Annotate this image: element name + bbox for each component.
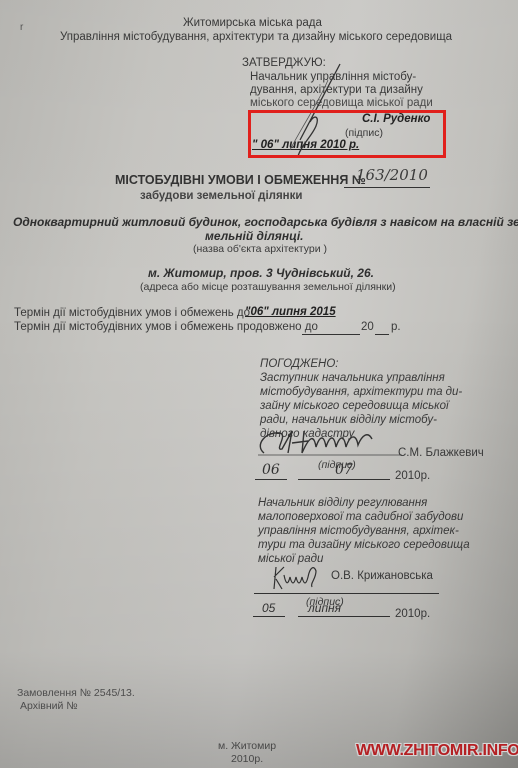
approval-position-line: дування, архітектури та дизайну <box>250 84 423 96</box>
agreed2-day-line <box>253 616 285 617</box>
corner-mark: r <box>20 22 23 33</box>
agreed2-position-line: тури та дизайну міського середовища <box>258 539 470 551</box>
agreed2-position-line: міської ради <box>258 553 323 565</box>
extended-suffix: р. <box>391 321 401 333</box>
agreed1-position-line: ради, начальник відділу містобу- <box>260 414 437 426</box>
agreed1-year: 2010р. <box>395 470 430 482</box>
archive-number: Архівний № <box>20 700 78 712</box>
object-name-line2: мельній ділянці. <box>205 229 303 243</box>
agreed1-day-line <box>255 479 287 480</box>
agreed1-position-line: дівного кадастру <box>260 428 354 440</box>
term-label: Термін дії містобудівних умов і обмежень… <box>14 307 250 319</box>
approval-position-line: міського середовища міської ради <box>250 97 433 109</box>
agreed2-signature-icon <box>270 563 330 593</box>
address-caption: (адреса або місце розташування земельної… <box>140 281 396 293</box>
extended-label: Термін дії містобудівних умов і обмежень… <box>14 321 318 333</box>
agreed2-name: О.В. Крижановська <box>331 570 433 582</box>
address: м. Житомир, пров. 3 Чуднівський, 26. <box>148 266 374 280</box>
approval-position-line: Начальник управління містобу- <box>250 71 416 83</box>
footer-city: м. Житомир <box>218 740 276 752</box>
agreed2-year: 2010р. <box>395 608 430 620</box>
agreed2-position-line: малоповерхової та садибної забудови <box>258 511 463 523</box>
agreed2-signature-line <box>254 593 439 594</box>
agreed1-position-line: Заступник начальника управління <box>260 372 445 384</box>
council-name: Житомирська міська рада <box>183 17 322 29</box>
document-number: 163/2010 <box>356 166 428 184</box>
agreed1-name: С.М. Блажкевич <box>398 447 484 459</box>
agreed-title: ПОГОДЖЕНО: <box>260 358 338 370</box>
approval-title: ЗАТВЕРДЖУЮ: <box>242 57 326 69</box>
department-name: Управління містобудування, архітектури т… <box>60 31 452 43</box>
site-watermark: WWW.ZHITOMIR.INFO <box>356 742 518 760</box>
highlight-box <box>248 110 446 158</box>
agreed2-day: 05 <box>262 601 275 615</box>
agreed2-month-line <box>298 616 390 617</box>
footer-year: 2010р. <box>231 753 263 765</box>
agreed1-month: 07 <box>335 462 353 478</box>
agreed2-position-line: управління містобудування, архітек- <box>258 525 459 537</box>
object-name-line1: Одноквартирний житловий будинок, господа… <box>13 215 518 229</box>
order-number: Замовлення № 2545/13. <box>17 687 135 699</box>
agreed1-day: 06 <box>262 462 280 478</box>
extended-year-line <box>375 334 389 335</box>
agreed2-position-line: Начальник відділу регулювання <box>258 497 427 509</box>
term-value: "06" липня 2015 <box>245 306 336 318</box>
document-number-line <box>344 187 430 188</box>
extended-date-line <box>302 334 360 335</box>
extended-year: 20 <box>361 321 374 333</box>
document-subtitle: забудови земельної ділянки <box>140 190 302 202</box>
agreed1-month-line <box>298 479 390 480</box>
object-caption: (назва об'єкта архітектури ) <box>193 243 327 255</box>
agreed1-position-line: зайну міського середовища міської <box>260 400 449 412</box>
agreed1-position-line: містобудування, архітектури та ди- <box>260 386 462 398</box>
agreed2-month: липня <box>308 601 341 615</box>
document-title: МІСТОБУДІВНІ УМОВИ І ОБМЕЖЕННЯ № <box>115 173 366 187</box>
